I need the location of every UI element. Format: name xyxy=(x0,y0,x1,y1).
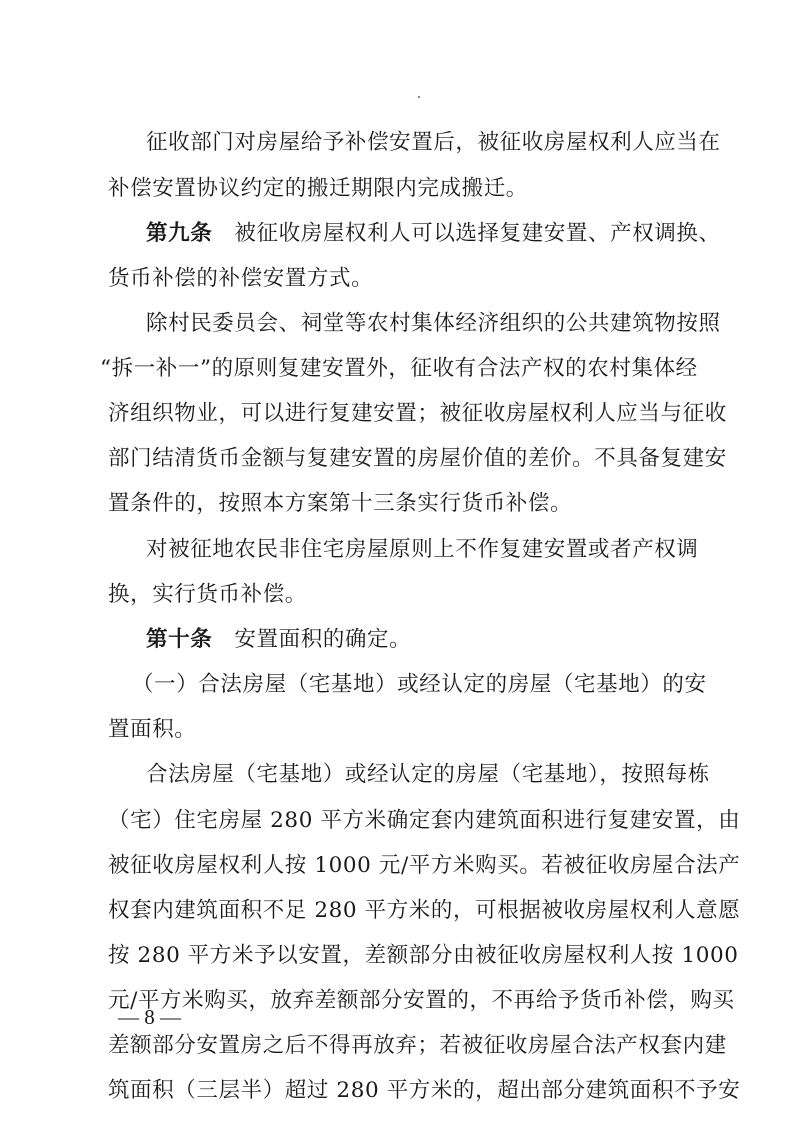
text-line: “拆一补一”的原则复建安置外，征收有合法产权的农村集体经 xyxy=(100,354,700,384)
text-line: 济组织物业，可以进行复建安置；被征收房屋权利人应当与征收 xyxy=(108,399,708,429)
text-line: 置面积。 xyxy=(108,715,708,745)
text-line: 安置面积的确定。 xyxy=(212,627,411,652)
text-line: 被征收房屋权利人按 1000 元/平方米购买。若被征收房屋合法产 xyxy=(108,851,708,881)
article-9-line: 第九条 被征收房屋权利人可以选择复建安置、产权调换、 xyxy=(146,219,708,249)
text-line: 征收部门对房屋给予补偿安置后，被征收房屋权利人应当在 xyxy=(146,128,708,158)
article-10-line: 第十条 安置面积的确定。 xyxy=(146,625,708,655)
article-heading: 第十条 xyxy=(146,627,212,652)
text-line: 对被征地农民非住宅房屋原则上不作复建安置或者产权调 xyxy=(146,535,708,565)
text-line: 货币补偿的补偿安置方式。 xyxy=(108,264,708,294)
text-line: 元/平方米购买，放弃差额部分安置的，不再给予货币补偿，购买 xyxy=(108,986,708,1016)
text-line: 置条件的，按照本方案第十三条实行货币补偿。 xyxy=(108,489,708,519)
page-number: — 8 — xyxy=(118,1002,181,1032)
scan-dot xyxy=(418,96,420,98)
text-line: 合法房屋（宅基地）或经认定的房屋（宅基地），按照每栋 xyxy=(146,760,708,790)
article-heading: 第九条 xyxy=(146,221,212,246)
text-line: （宅）住宅房屋 280 平方米确定套内建筑面积进行复建安置，由 xyxy=(108,806,708,836)
text-line: 补偿安置协议约定的搬迁期限内完成搬迁。 xyxy=(108,174,708,204)
text-line: 部门结清货币金额与复建安置的房屋价值的差价。不具备复建安 xyxy=(108,444,708,474)
text-line: （一）合法房屋（宅基地）或经认定的房屋（宅基地）的安 xyxy=(132,670,732,700)
text-line: 除村民委员会、祠堂等农村集体经济组织的公共建筑物按照 xyxy=(146,309,708,339)
text-line: 按 280 平方米予以安置，差额部分由被征收房屋权利人按 1000 xyxy=(108,941,708,971)
text-line: 差额部分安置房之后不得再放弃；若被征收房屋合法产权套内建 xyxy=(108,1031,708,1061)
text-line: 权套内建筑面积不足 280 平方米的，可根据被收房屋权利人意愿 xyxy=(108,896,708,926)
text-line: 筑面积（三层半）超过 280 平方米的，超出部分建筑面积不予安 xyxy=(108,1076,708,1106)
text-line: 被征收房屋权利人可以选择复建安置、产权调换、 xyxy=(212,221,720,246)
text-line: 换，实行货币补偿。 xyxy=(108,580,708,610)
